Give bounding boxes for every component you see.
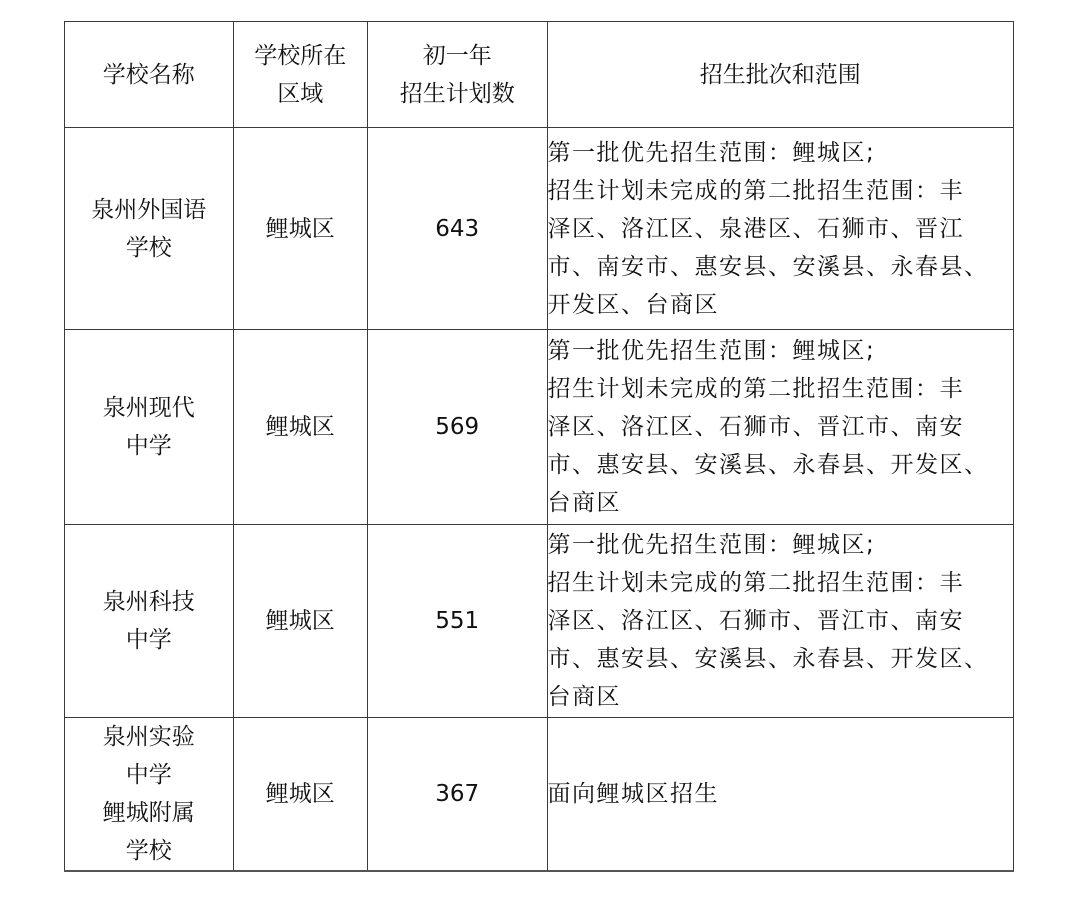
header-text: 区域	[234, 75, 367, 113]
district-cell: 鲤城区	[233, 330, 367, 525]
scope-text: 市、惠安县、安溪县、永春县、开发区、	[548, 640, 1013, 678]
scope-text: 台商区	[548, 484, 1013, 522]
header-plan-count: 初一年 招生计划数	[367, 22, 547, 128]
scope-text: 面向鲤城区招生	[548, 775, 1013, 813]
school-name-text: 鲤城附属	[65, 794, 233, 832]
school-name-text: 学校	[65, 229, 233, 267]
scope-text: 泽区、洛江区、泉港区、石狮市、晋江	[548, 210, 1013, 248]
plan-count-cell: 367	[367, 718, 547, 872]
table-row: 泉州科技 中学 鲤城区 551 第一批优先招生范围：鲤城区; 招生计划未完成的第…	[65, 525, 1014, 718]
scope-cell: 第一批优先招生范围：鲤城区; 招生计划未完成的第二批招生范围：丰 泽区、洛江区、…	[547, 525, 1013, 718]
table-row: 泉州实验 中学 鲤城附属 学校 鲤城区 367 面向鲤城区招生	[65, 718, 1014, 872]
scope-text: 市、惠安县、安溪县、永春县、开发区、	[548, 446, 1013, 484]
scope-text: 招生计划未完成的第二批招生范围：丰	[548, 564, 1013, 602]
header-row: 学校名称 学校所在 区域 初一年 招生计划数 招生批次和范围	[65, 22, 1014, 128]
school-name-text: 泉州科技	[65, 583, 233, 621]
scope-cell: 面向鲤城区招生	[547, 718, 1013, 872]
scope-text: 泽区、洛江区、石狮市、晋江市、南安	[548, 408, 1013, 446]
school-name-cell: 泉州现代 中学	[65, 330, 234, 525]
plan-count-cell: 569	[367, 330, 547, 525]
header-text: 学校所在	[234, 37, 367, 75]
school-name-cell: 泉州外国语 学校	[65, 128, 234, 330]
scope-text: 招生计划未完成的第二批招生范围：丰	[548, 172, 1013, 210]
header-scope: 招生批次和范围	[547, 22, 1013, 128]
school-name-text: 中学	[65, 756, 233, 794]
plan-count-cell: 551	[367, 525, 547, 718]
header-school-name: 学校名称	[65, 22, 234, 128]
scope-cell: 第一批优先招生范围：鲤城区; 招生计划未完成的第二批招生范围：丰 泽区、洛江区、…	[547, 128, 1013, 330]
enrollment-table: 学校名称 学校所在 区域 初一年 招生计划数 招生批次和范围 泉州外国语 学校 …	[64, 21, 1014, 872]
header-text: 招生计划数	[368, 75, 547, 113]
header-text: 学校名称	[65, 56, 233, 94]
header-text: 招生批次和范围	[548, 56, 1013, 94]
district-cell: 鲤城区	[233, 718, 367, 872]
school-name-text: 中学	[65, 427, 233, 465]
scope-text: 第一批优先招生范围：鲤城区;	[548, 134, 1013, 172]
school-name-text: 泉州外国语	[65, 191, 233, 229]
scope-text: 泽区、洛江区、石狮市、晋江市、南安	[548, 602, 1013, 640]
plan-count-cell: 643	[367, 128, 547, 330]
header-district: 学校所在 区域	[233, 22, 367, 128]
district-cell: 鲤城区	[233, 525, 367, 718]
school-name-text: 泉州现代	[65, 389, 233, 427]
school-name-text: 中学	[65, 621, 233, 659]
scope-text: 第一批优先招生范围：鲤城区;	[548, 332, 1013, 370]
table-row: 泉州外国语 学校 鲤城区 643 第一批优先招生范围：鲤城区; 招生计划未完成的…	[65, 128, 1014, 330]
scope-text: 第一批优先招生范围：鲤城区;	[548, 526, 1013, 564]
school-name-text: 泉州实验	[65, 718, 233, 756]
scope-text: 台商区	[548, 678, 1013, 716]
district-cell: 鲤城区	[233, 128, 367, 330]
scope-cell: 第一批优先招生范围：鲤城区; 招生计划未完成的第二批招生范围：丰 泽区、洛江区、…	[547, 330, 1013, 525]
table-row: 泉州现代 中学 鲤城区 569 第一批优先招生范围：鲤城区; 招生计划未完成的第…	[65, 330, 1014, 525]
scope-text: 市、南安市、惠安县、安溪县、永春县、	[548, 248, 1013, 286]
scope-text: 招生计划未完成的第二批招生范围：丰	[548, 370, 1013, 408]
header-text: 初一年	[368, 37, 547, 75]
scope-text: 开发区、台商区	[548, 286, 1013, 324]
school-name-cell: 泉州科技 中学	[65, 525, 234, 718]
school-name-cell: 泉州实验 中学 鲤城附属 学校	[65, 718, 234, 872]
school-name-text: 学校	[65, 832, 233, 870]
